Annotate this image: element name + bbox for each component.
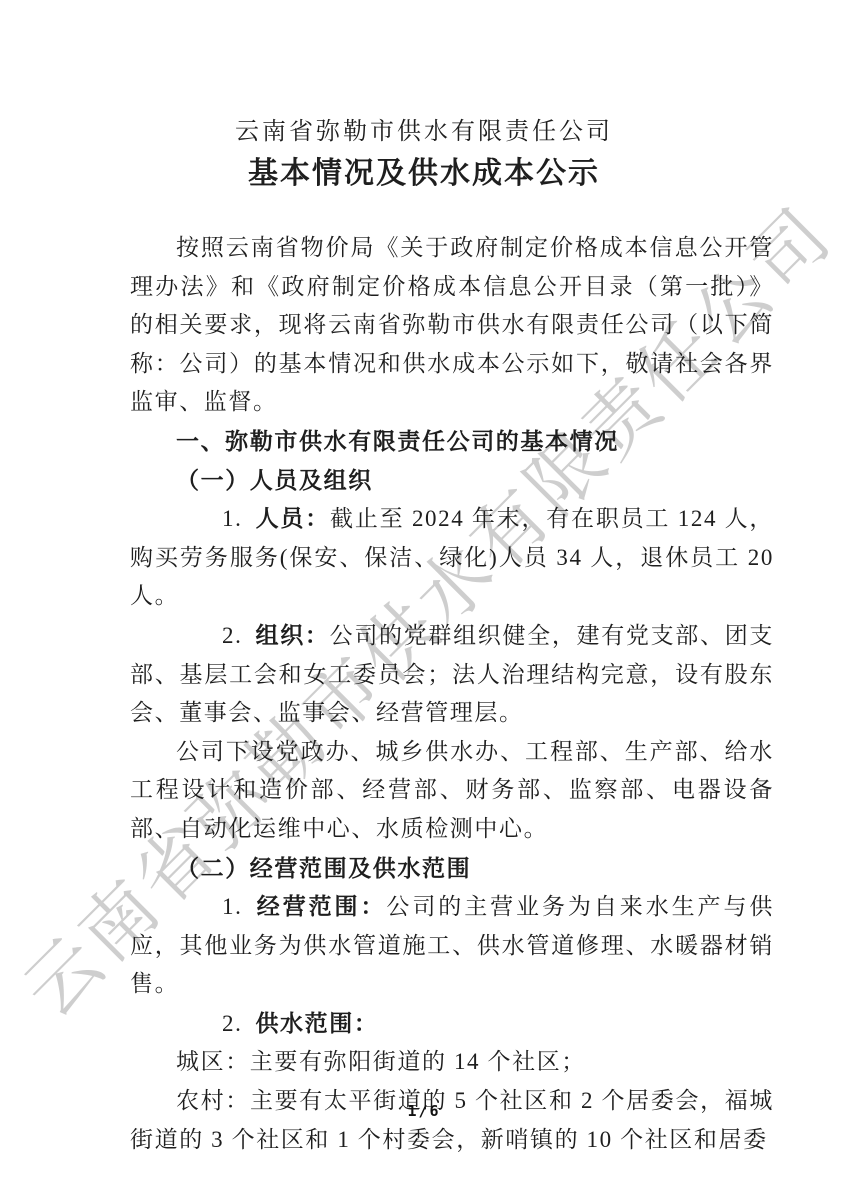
page-footer: 1/6 [0,1102,848,1120]
business-scope-number: 1. [176,888,242,927]
document-subtitle: 基本情况及供水成本公示 [0,156,848,192]
section-1-heading: 一、弥勒市供水有限责任公司的基本情况 [130,422,774,461]
supply-scope-label: 供水范围： [255,1010,378,1036]
rural-scope-paragraph: 农村：主要有太平街道的 5 个社区和 2 个居委会，福城街道的 3 个社区和 1… [130,1082,774,1159]
intro-paragraph: 按照云南省物价局《关于政府制定价格成本信息公开管理办法》和《政府制定价格成本信息… [130,229,774,422]
section-1-sub-1-heading: （一）人员及组织 [130,461,774,500]
business-scope-label: 经营范围： [255,893,386,919]
document-body: 按照云南省物价局《关于政府制定价格成本信息公开管理办法》和《政府制定价格成本信息… [130,229,774,1159]
personnel-item-number: 1. [176,500,242,539]
page-number: 1/6 [407,1102,440,1120]
scanned-document-page: 云南省弥勒市供水有限责任公司 云南省弥勒市供水有限责任公司 基本情况及供水成本公… [0,0,848,1200]
business-scope-item: 1.经营范围：公司的主营业务为自来水生产与供应，其他业务为供水管道施工、供水管道… [130,887,774,1004]
section-1-sub-2-heading: （二）经营范围及供水范围 [130,849,774,888]
personnel-item: 1.人员：截止至 2024 年末，有在职员工 124 人，购买劳务服务(保安、保… [130,499,774,616]
urban-scope-paragraph: 城区：主要有弥阳街道的 14 个社区； [130,1043,774,1082]
organization-item-number: 2. [176,617,242,656]
supply-scope-item: 2.供水范围： [130,1004,774,1044]
organization-item: 2.组织：公司的党群组织健全，建有党支部、团支部、基层工会和女工委员会；法人治理… [130,616,774,733]
document-header: 云南省弥勒市供水有限责任公司 基本情况及供水成本公示 [0,117,848,192]
company-name-title: 云南省弥勒市供水有限责任公司 [0,117,848,147]
departments-paragraph: 公司下设党政办、城乡供水办、工程部、生产部、给水工程设计和造价部、经营部、财务部… [130,733,774,849]
personnel-item-label: 人员： [255,505,330,531]
organization-item-label: 组织： [255,622,329,648]
supply-scope-number: 2. [176,1005,242,1044]
